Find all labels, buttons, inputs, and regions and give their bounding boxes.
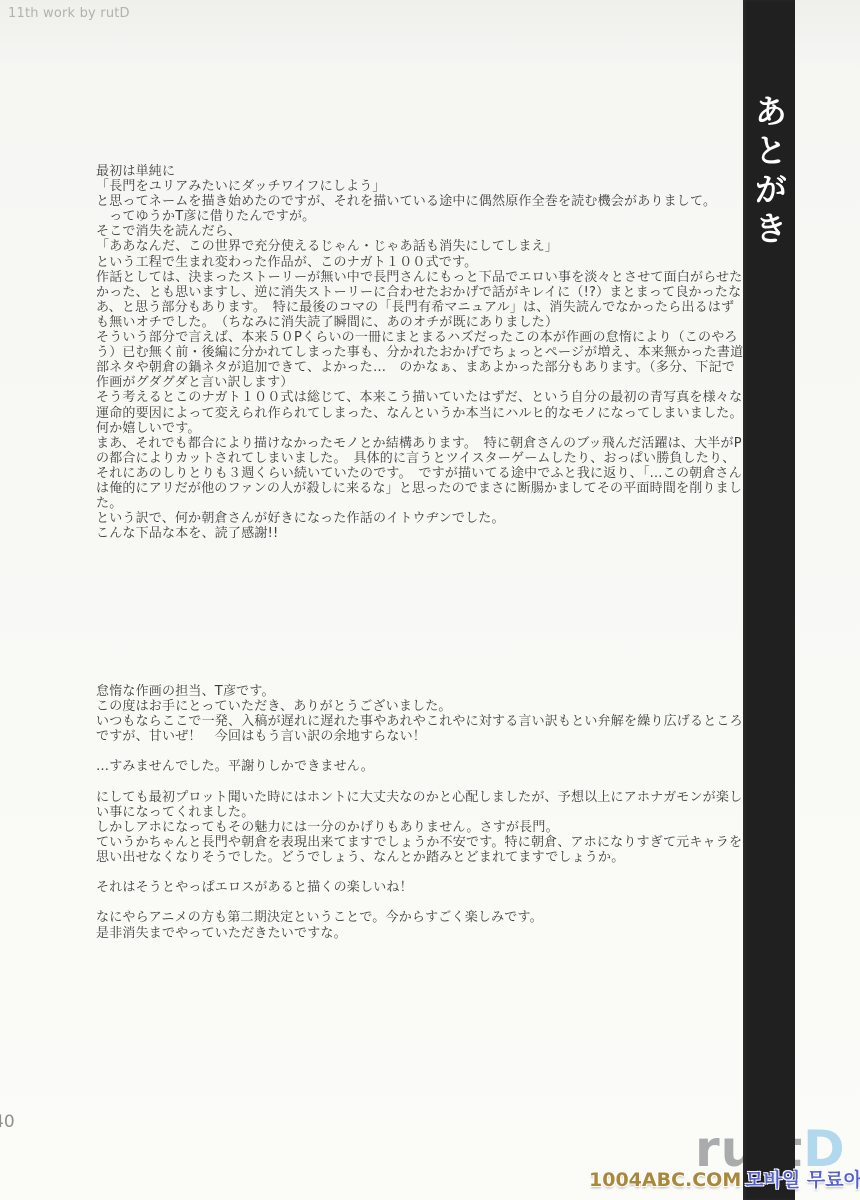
sidebar-black-bar: あとがき xyxy=(743,0,795,1200)
page-number: 40 xyxy=(0,1112,15,1132)
site-watermark: 1004ABC.COM모바일 무료아동 천사티비 xyxy=(589,1170,860,1191)
watermark-tagline: 모바일 무료아동 천사티비 xyxy=(745,1169,860,1191)
afterword-paragraph-1: 最初は単純に 「長門をユリアみたいにダッチワイフにしよう」 と思ってネームを描き… xyxy=(96,164,746,541)
artist-credit: 11th work by rutD xyxy=(8,6,130,21)
afterword-paragraph-2: 怠惰な作画の担当、T彦です。 この度はお手にとっていただき、ありがとうございまし… xyxy=(96,684,746,941)
page-title: あとがき xyxy=(753,94,786,250)
watermark-site-url: 1004ABC.COM xyxy=(589,1169,741,1191)
